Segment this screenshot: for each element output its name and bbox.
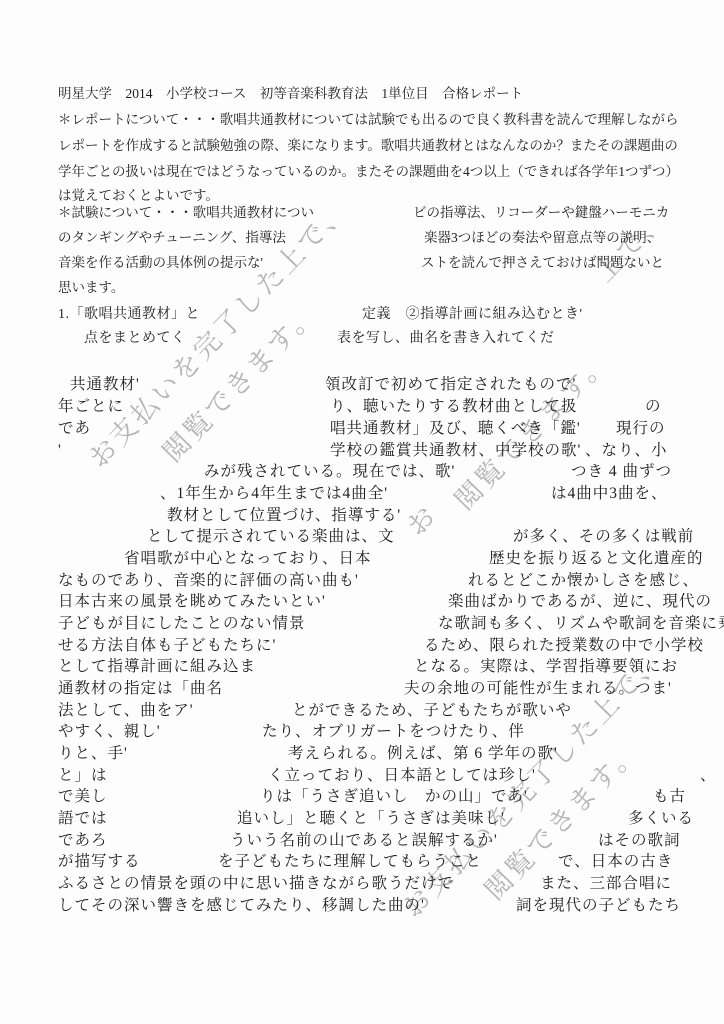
text-line-fragment: るため、限られた授業数の中で小学校 <box>424 638 704 654</box>
text-line-fragment: は覚えておくとよいです。 <box>58 189 219 203</box>
text-line-fragment: が描写する <box>58 854 141 870</box>
text-line-fragment: 現行の <box>616 421 666 437</box>
text-line-fragment: つき 4 曲ずつ <box>571 464 672 480</box>
text-line-fragment: 詞を現代の子どもたち <box>516 898 681 914</box>
text-line-fragment: レポートを作成すると試験勉強の際、楽になります。歌唱共通教材とはなんなのか？また… <box>58 139 678 153</box>
text-line-fragment: 法として、曲をア' <box>58 703 193 719</box>
text-line-fragment: 学校の鑑賞共通教材、中学校の歌' <box>330 443 581 459</box>
text-line-fragment: 定義 ②指導計画に組み込むとき' <box>362 308 583 322</box>
text-line-fragment: やすく、親し' <box>58 724 160 740</box>
text-line-fragment: はその歌詞 <box>598 833 681 849</box>
text-line-fragment: 通教材の指定は「曲名 <box>58 681 223 697</box>
text-line-fragment: となる。実際は、学習指導要領にお <box>414 659 678 675</box>
text-line-fragment: と」は <box>58 768 108 784</box>
text-line-fragment: で、日本の古き <box>558 854 673 870</box>
document-title: 明星大学 2014 小学校コース 初等音楽科教育法 1単位目 合格レポート <box>58 87 523 101</box>
text-line-fragment: れるとどこか懐かしさを感じ、 <box>468 573 699 589</box>
text-line-fragment: 日本古来の風景を眺めてみたいとい' <box>58 594 326 610</box>
text-line-fragment: 省唱歌が中心となっており、日本 <box>124 551 372 567</box>
text-line-fragment: 楽器3つほどの奏法や留意点等の説明、 <box>424 231 660 245</box>
text-line-fragment: 語では <box>58 811 108 827</box>
text-line-fragment: は4曲中3曲を、 <box>551 486 668 502</box>
text-line-fragment: ＊レポートについて・・・歌唱共通教材については試験でも出るので良く教科書を読んで… <box>58 113 678 127</box>
text-line-fragment: 学年ごとの扱いは現在ではどうなっているのか。またその課題曲を4つ以上（できれば各… <box>58 165 679 179</box>
text-line-fragment: 夫の余地の可能性が生まれる。つま' <box>404 681 672 697</box>
text-line-fragment: せる方法自体も子どもたちに' <box>58 638 276 654</box>
text-line-fragment: 、1年生から4年生までは4曲全' <box>160 486 388 502</box>
text-line-fragment: してその深い響きを感じてみたり、移調した曲の' <box>58 898 425 914</box>
text-line-fragment: ＊試験について・・・歌唱共通教材につい <box>58 206 314 220</box>
text-line-fragment: みが残されている。現在では、歌' <box>204 464 455 480</box>
text-line-fragment: 点をまとめてく <box>84 332 186 346</box>
text-line-fragment: で美し <box>58 789 108 805</box>
text-line-fragment: 1.「歌唱共通教材」と <box>58 308 200 322</box>
text-line-fragment: 共通教材' <box>70 377 140 393</box>
text-line-fragment: また、三部合唱に <box>540 876 672 892</box>
payment-watermark: お <box>396 494 445 543</box>
text-line-fragment: として提示されている楽曲は、文 <box>147 529 395 545</box>
text-line-fragment: たり、オブリガートをつけたり、伴 <box>262 724 525 740</box>
text-line-fragment: 領改訂で初めて指定されたもので' <box>325 377 576 393</box>
text-line-fragment: 考えられる。例えば、第 6 学年の歌' <box>288 746 558 762</box>
text-line-fragment: とができるため、子どもたちが歌いや <box>292 703 572 719</box>
text-line-fragment: りと、手' <box>58 746 128 762</box>
text-line-fragment: ビの指導法、リコーダーや鍵盤ハーモニカ <box>413 206 669 220</box>
text-line-fragment: 年ごとに <box>58 399 124 415</box>
text-line-fragment: であ <box>58 421 91 437</box>
text-line-fragment: な歌詞も多く、リズムや歌詞を音楽に乗 <box>438 616 724 632</box>
text-line-fragment: 音楽を作る活動の具体例の提示な' <box>58 256 263 270</box>
text-line-fragment: り、聴いたりする教材曲として扱 <box>330 399 578 415</box>
text-line-fragment: 追いし」と聴くと「うさぎは美味し' <box>237 811 505 827</box>
text-line-fragment: 唱共通教材」及び、聴くべき「鑑' <box>330 421 581 437</box>
text-line-fragment: であろ <box>58 833 108 849</box>
text-line-fragment: なものであり、音楽的に評価の高い曲も' <box>58 573 359 589</box>
text-line-fragment: のタンギングやチューニング、指導法 <box>58 231 286 245</box>
document-page: お支払いを完了した上で、閲覧できます。お上で、閲覧できます。お支払いを完了した上… <box>0 0 724 1024</box>
text-line-fragment: りは「うさぎ追いし かの山」であ' <box>260 789 528 805</box>
text-line-fragment: ういう名前の山であると誤解するか' <box>230 833 498 849</box>
text-line-fragment: ストを読んで押さえておけば問題ないと <box>421 256 664 270</box>
text-line-fragment: 、なり、小 <box>585 443 668 459</box>
text-line-fragment: 、 <box>700 768 717 784</box>
text-line-fragment: ' <box>58 443 62 459</box>
text-line-fragment: 歴史を振り返ると文化遺産的 <box>489 551 704 567</box>
text-line-fragment: として指導計画に組み込ま <box>58 659 256 675</box>
text-line-fragment: 子どもが目にしたことのない情景 <box>58 616 306 632</box>
text-line-fragment: く立っており、日本語としては珍し' <box>268 768 536 784</box>
text-line-fragment: 楽曲ばかりであるが、逆に、現代の <box>448 594 712 610</box>
text-line-fragment: 思います。 <box>58 281 124 295</box>
text-line-fragment: を子どもたちに理解してもらうこと <box>218 854 482 870</box>
text-line-fragment: 表を写し、曲名を書き入れてくだ <box>337 332 555 346</box>
text-line-fragment: が多く、その多くは戦前 <box>513 529 694 545</box>
text-line-fragment: も古 <box>653 789 686 805</box>
text-line-fragment: 教材として位置づけ、指導する' <box>167 508 401 524</box>
text-line-fragment: ふるさとの情景を頭の中に思い描きながら歌うだけで <box>58 876 454 892</box>
text-line-fragment: の <box>645 399 662 415</box>
text-line-fragment: 多くいる <box>628 811 694 827</box>
